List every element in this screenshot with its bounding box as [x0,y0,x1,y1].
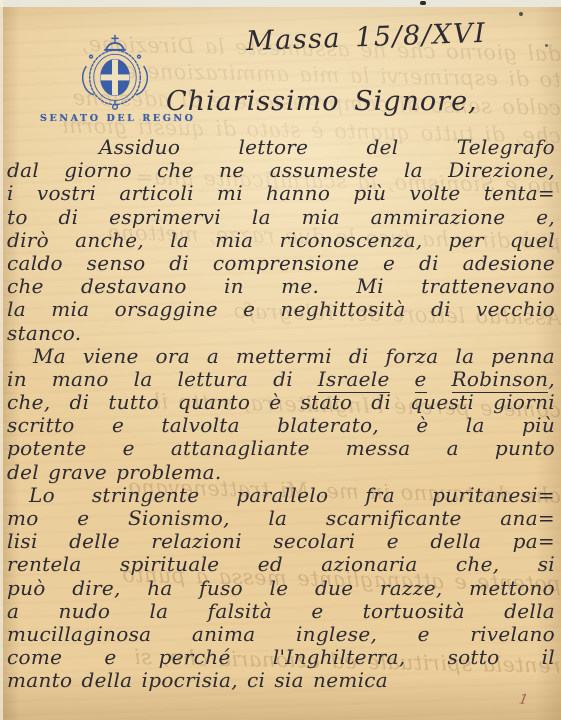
letter-line: del grave problema. [7,461,555,484]
letter-line: potente e attanagliante messa a punto [7,437,555,460]
letter-line: dal giorno che ne assumeste la Direzione… [7,159,555,182]
underlined-word: Israele [318,367,390,393]
letter-line: la mia orsaggine e neghittosità di vecch… [7,298,555,321]
line-segment: in mano la lettura di [7,367,318,391]
letter-line: Ma viene ora a mettermi di forza la penn… [7,345,555,368]
letter-line: che, di tutto quanto è stato di questi g… [7,391,555,414]
line-segment: , [548,367,555,391]
letter-line: scritto e talvolta blaterato, è la più [7,414,555,437]
letter-salutation: Chiarissimo Signore, [166,86,478,117]
paper-speck [519,12,523,16]
letter-line: lisi delle relazioni secolari e della pa… [7,530,555,553]
letter-line: stanco. [7,322,555,345]
paper-speck [545,44,548,47]
letter-line: che destavano in me. Mi trattenevano [7,275,555,298]
letter-line: rentela spirituale ed azionaria che, si [7,553,555,576]
letter-line: a nudo la falsità e tortuosità della [7,600,555,623]
line-segment [390,367,415,391]
paper-speck [420,1,426,5]
page-number-mark: 1 [518,691,530,708]
letter-dateline: Massa 15/8/XVI [246,18,487,57]
underlined-word: e [415,367,427,393]
line-segment [427,367,452,391]
letter-line: manto della ipocrisia, ci sia nemica [7,669,555,692]
scan-edge-top [0,0,561,7]
scan-edge-left [0,0,3,720]
letter-line-underlined: in mano la lettura di Israele e Robinson… [7,368,555,391]
letter-line: Lo stringente parallelo fra puritanesi= [7,484,555,507]
letter-line: può dire, ha fuso le due razze, mettono [7,577,555,600]
letter-line: caldo senso di comprensione e di adesion… [7,252,555,275]
letter-line: Assiduo lettore del Telegrafo [7,136,555,159]
letter-body: Assiduo lettore del Telegrafo dal giorno… [7,136,555,693]
letter-line: i vostri articoli mi hanno più volte ten… [7,182,555,205]
letter-line: mucillaginosa anima inglese, e rivelano [7,623,555,646]
underlined-word: Robinson [452,367,549,393]
letter-line: to di esprimervi la mia ammirazione e, [7,206,555,229]
letter-line: come e perché l'Inghilterra, sotto il [7,646,555,669]
savoy-crest-icon [68,34,162,110]
letter-line: dirò anche, la mia riconoscenza, per que… [7,229,555,252]
letter-scan: dal giorno che ne assumeste la Direzione… [0,0,561,720]
letter-line: mo e Sionismo, la scarnificante ana= [7,507,555,530]
